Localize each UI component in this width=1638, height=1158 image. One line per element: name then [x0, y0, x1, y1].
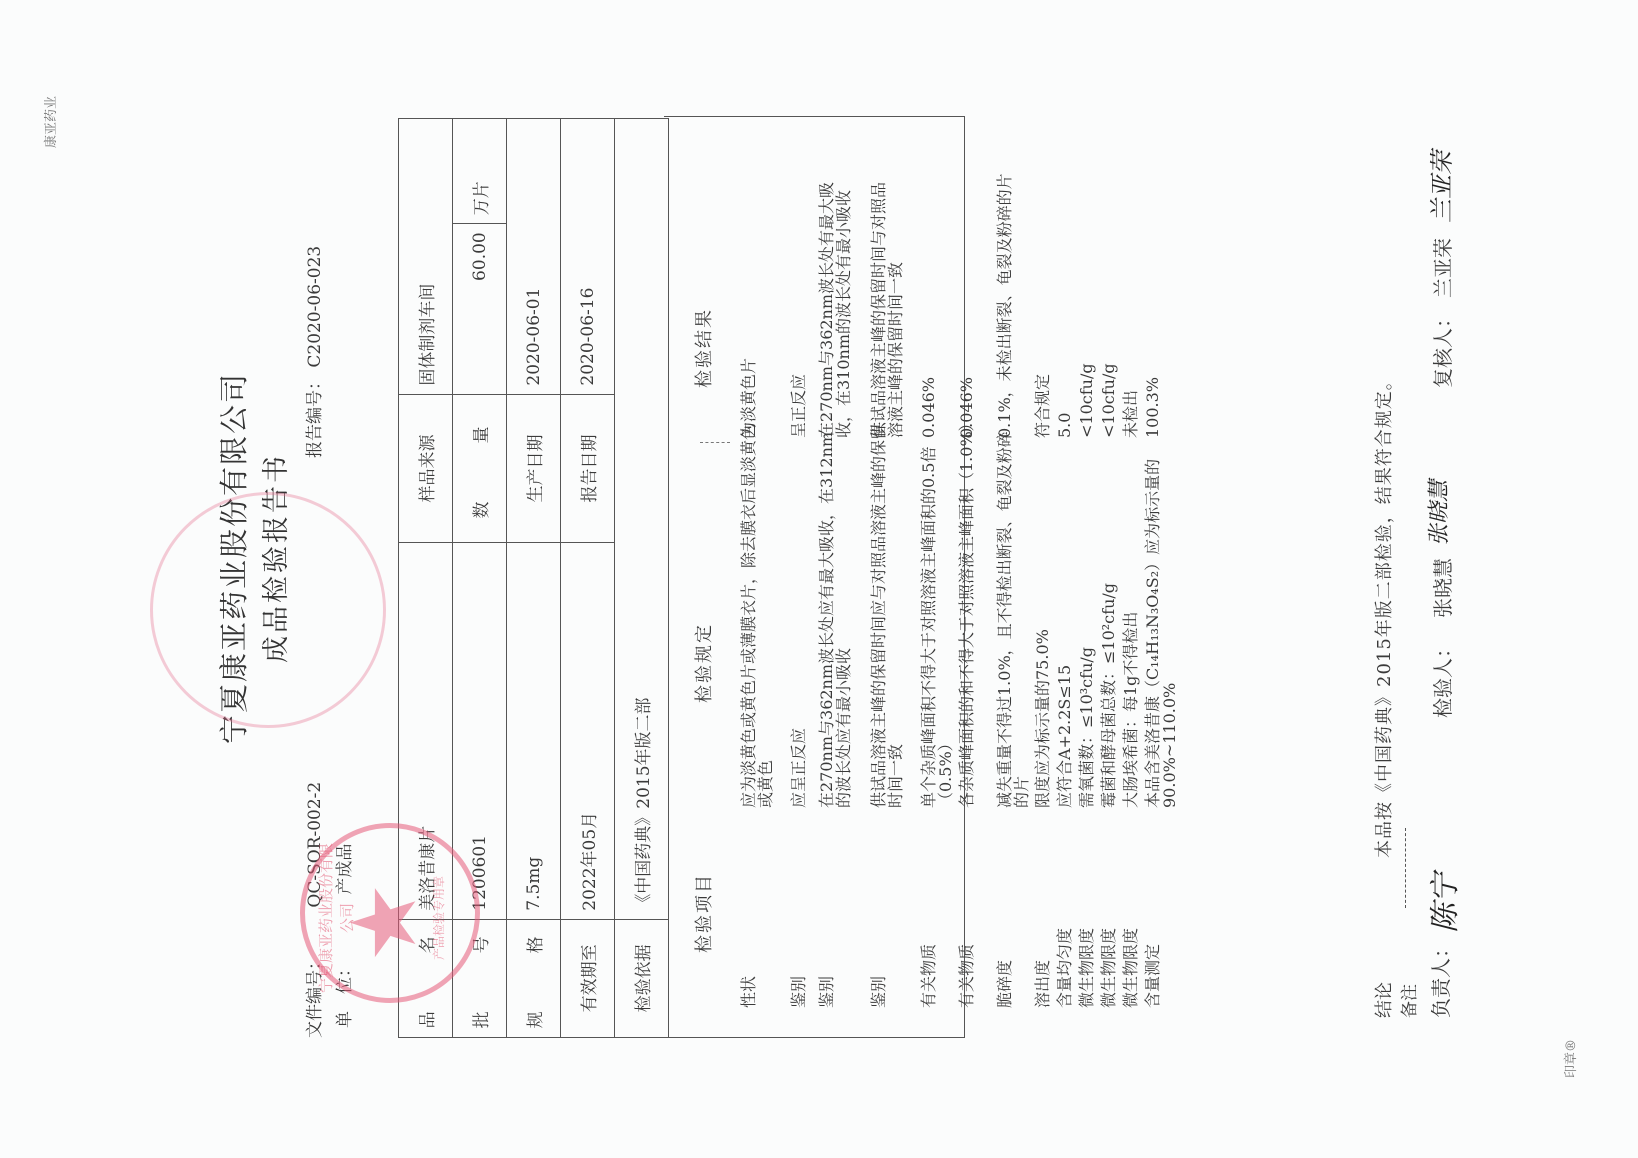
test-item-result: 在270nm与362nm波长处有最大吸收，在310nm的波长处有最小吸收: [818, 168, 852, 438]
test-item-spec: 需氧菌数：≤10³cfu/g: [1078, 418, 1095, 808]
spec-value: 7.5mg: [507, 543, 561, 919]
sample-source-label: 样品来源: [399, 394, 453, 543]
sample-source-value: 固体制剂车间: [399, 119, 453, 395]
test-item-name: 鉴别: [818, 868, 835, 1008]
test-item-spec: 应呈正反应: [790, 418, 807, 808]
column-header-item: 检验项目: [690, 873, 716, 953]
report-date-value: 2020-06-16: [561, 119, 615, 395]
basis-label: 检验依据: [615, 919, 669, 1037]
test-item-name: 微生物限度: [1100, 868, 1117, 1008]
test-item-result: <10cfu/g: [1078, 168, 1095, 438]
mfg-date-value: 2020-06-01: [507, 119, 561, 395]
test-item-name: 微生物限度: [1122, 868, 1139, 1008]
margin-scan-mark: 印章®: [1560, 1039, 1579, 1078]
quantity-value: 60.00: [453, 224, 507, 394]
test-item-spec: 在270nm与362nm波长处应有最大吸收，在312nm的波长处应有最小吸收: [818, 418, 852, 808]
responsible-label: 负责人：: [1425, 938, 1454, 1018]
inspector-signature: 张晓慧: [1422, 480, 1453, 546]
test-item-spec: 霉菌和酵母菌总数：≤10²cfu/g: [1100, 418, 1117, 808]
inspector-name: 张晓慧: [1427, 558, 1456, 618]
expiry-label: 有效期至: [561, 919, 615, 1037]
company-stamp: [150, 492, 386, 728]
test-item-spec: 减失重量不得过1.0%，且不得检出断裂、龟裂及粉碎的片: [996, 418, 1030, 808]
conclusion-text: 本品按《中国药典》2015年版二部检验，结果符合规定。: [1370, 371, 1396, 858]
column-divider: [700, 442, 730, 443]
test-item-result: <10cfu/g: [1100, 168, 1117, 438]
remarks-label: 备注: [1395, 984, 1420, 1018]
test-item-spec: 单个杂质峰面积不得大于对照溶液主峰面积的0.5倍（0.5%）: [920, 418, 954, 808]
quantity-unit: 万片: [453, 119, 507, 224]
test-item-result: 呈正反应: [790, 168, 807, 438]
spec-label: 规 格: [507, 919, 561, 1037]
responsible-signature: 陈宁: [1420, 873, 1464, 933]
test-item-result: 100.3%: [1144, 168, 1161, 438]
test-item-name: 含量均匀度: [1056, 868, 1073, 1008]
test-item-spec: 本品含美洛昔康（C₁₄H₁₃N₃O₄S₂）应为标示量的90.0%~110.0%: [1144, 418, 1178, 808]
expiry-value: 2022年05月: [561, 543, 615, 919]
test-item-result: 供试品溶液主峰的保留时间与对照品溶液主峰的保留时间一致: [870, 168, 904, 438]
test-item-result: 为淡黄色片: [740, 168, 757, 438]
inspection-report-page: 康亚药业 印章® 宁夏康亚药业股份有限公司 成品检验报告书 文件编号： QC-S…: [0, 0, 1638, 1158]
reviewer-signature: 兰亚荣: [1422, 151, 1457, 223]
remarks-line: [1405, 828, 1406, 908]
reviewer-label: 复核人：: [1427, 308, 1456, 388]
test-item-result: 0.046%: [920, 168, 937, 438]
test-item-result: 5.0: [1056, 168, 1073, 438]
test-item-spec: 大肠埃希菌：每1g不得检出: [1122, 418, 1139, 808]
report-date-label: 报告日期: [561, 394, 615, 543]
test-item-spec: 限度应为标示量的75.0%: [1034, 418, 1051, 808]
test-item-spec: 应符合A+2.2S≤15: [1056, 418, 1073, 808]
test-item-result: 0.1%，未检出断裂、龟裂及粉碎的片: [996, 168, 1013, 438]
quality-stamp-text: 宁夏康亚药业股份有限公司: [315, 838, 357, 998]
inspector-label: 检验人：: [1427, 638, 1456, 718]
reviewer-name: 兰亚荣: [1427, 238, 1456, 298]
info-row-spec: 规 格 7.5mg 生产日期 2020-06-01: [507, 119, 561, 1038]
info-row-basis: 检验依据 《中国药典》2015年版二部: [615, 119, 669, 1038]
basis-value: 《中国药典》2015年版二部: [615, 119, 669, 920]
report-number-label: 报告编号：: [305, 373, 325, 458]
conclusion-label: 结论: [1370, 982, 1396, 1018]
mfg-date-label: 生产日期: [507, 394, 561, 543]
test-item-result: 符合规定: [1034, 168, 1051, 438]
test-item-name: 微生物限度: [1078, 868, 1095, 1008]
product-stamp-text: 产品检验专用章: [430, 843, 447, 993]
column-header-spec: 检验规定: [690, 623, 716, 703]
test-item-name: 有关物质: [958, 868, 975, 1008]
test-item-result: 未检出: [1122, 168, 1139, 438]
info-row-expiry: 有效期至 2022年05月 报告日期 2020-06-16: [561, 119, 615, 1038]
test-item-name: 鉴别: [870, 868, 887, 1008]
margin-brand-mark: 康亚药业: [40, 96, 59, 148]
quantity-label: 数 量: [453, 394, 507, 543]
test-item-name: 脆碎度: [996, 868, 1013, 1008]
test-item-spec: 供试品溶液主峰的保留时间应与对照品溶液主峰的保留时间一致: [870, 418, 904, 808]
column-header-result: 检验结果: [690, 308, 716, 388]
test-item-name: 有关物质: [920, 868, 937, 1008]
test-item-name: 性状: [740, 868, 757, 1008]
test-item-name: 鉴别: [790, 868, 807, 1008]
test-item-result: 0.046%: [958, 168, 975, 438]
report-number-value: C2020-06-023: [305, 246, 325, 368]
report-number: 报告编号： C2020-06-023: [300, 246, 325, 458]
test-item-name: 含量测定: [1144, 868, 1161, 1008]
test-item-name: 溶出度: [1034, 868, 1051, 1008]
test-item-spec: 应为淡黄色或黄色片或薄膜衣片，除去膜衣后显淡黄色或黄色: [740, 418, 774, 808]
test-item-spec: 各杂质峰面积的和不得大于对照溶液主峰面积（1.0%）: [958, 418, 975, 808]
